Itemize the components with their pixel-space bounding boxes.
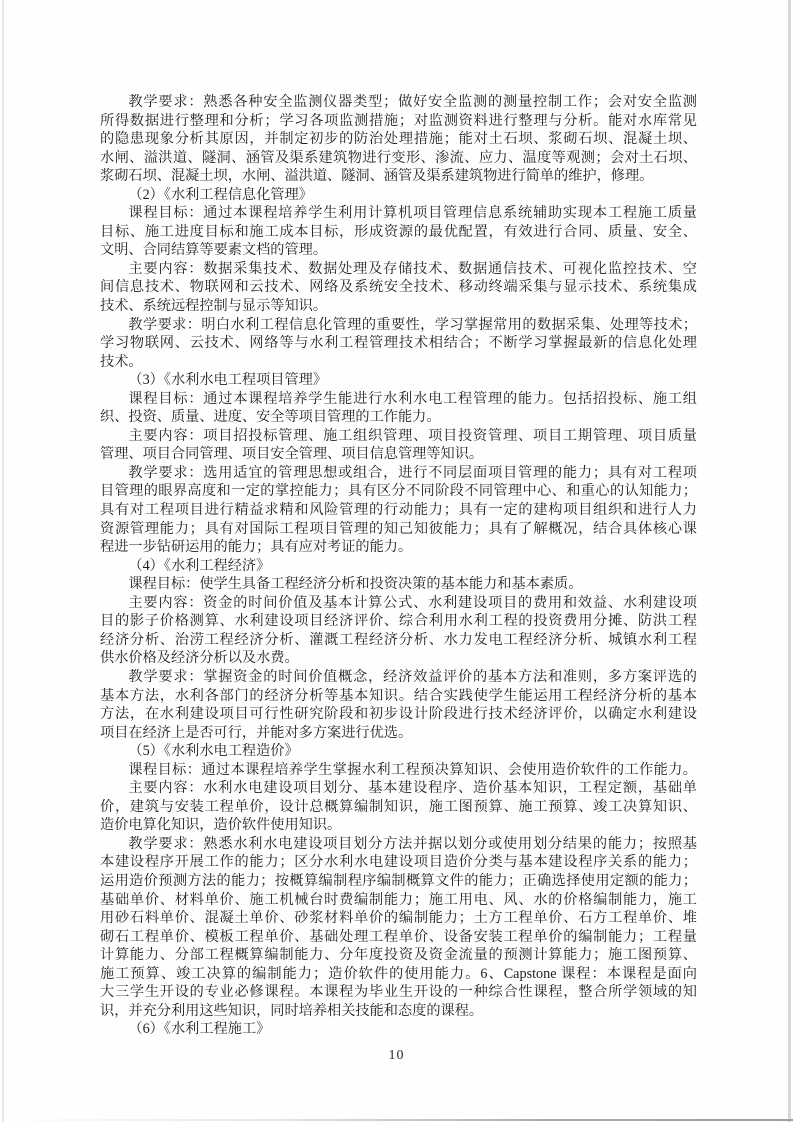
text-line: 的隐患现象分析其原因，并制定初步的防治处理措施；能对土石坝、浆砌石坝、混凝土坝、 (100, 130, 697, 149)
sec4-teaching-requirements: 教学要求：掌握资金的时间价值概念，经济效益评价的基本方法和准则，多方案评选的基本… (100, 668, 697, 742)
text-line: 管理、项目合同管理、项目安全管理、项目信息管理等知识。 (100, 445, 697, 464)
text-line: 主要内容：水利水电建设项目划分、基本建设程序、造价基本知识，工程定额，基础单 (100, 779, 697, 798)
text-line: （2）《水利工程信息化管理》 (100, 186, 697, 205)
text-line: 基础单价、材料单价、施工机械台时费编制能力；施工用电、风、水的价格编制能力，施工 (100, 891, 697, 910)
sec5-teaching-requirements: 教学要求：熟悉水利水电建设项目划分方法并据以划分或使用划分结果的能力；按照基本建… (100, 835, 697, 1020)
sec2-teaching-requirements: 教学要求：明白水利工程信息化管理的重要性，学习掌握常用的数据采集、处理等技术；学… (100, 316, 697, 372)
text-line: 基本方法，水利各部门的经济分析等基本知识。结合实践使学生能运用工程经济分析的基本 (100, 687, 697, 706)
sec6-title: （6）《水利工程施工》 (100, 1020, 697, 1039)
text-line: （6）《水利工程施工》 (100, 1020, 697, 1039)
sec5-course-goal: 课程目标：通过本课程培养学生掌握水利工程预决算知识、会使用造价软件的工作能力。 (100, 761, 697, 780)
sec3-course-goal: 课程目标：通过本课程培养学生能进行水利水电工程管理的能力。包括招投标、施工组织、… (100, 390, 697, 427)
scan-edge-bottom (0, 1119, 793, 1121)
text-line: 价，建筑与安装工程单价，设计总概算编制知识，施工图预算、施工预算、竣工决算知识、 (100, 798, 697, 817)
text-line: 课程目标：通过本课程培养学生掌握水利工程预决算知识、会使用造价软件的工作能力。 (100, 761, 697, 780)
text-line: 计算能力、分部工程概算编制能力、分年度投资及资金流量的预测计算能力；施工图预算、 (100, 946, 697, 965)
text-line: 造价电算化知识，造价软件使用知识。 (100, 816, 697, 835)
sec1-teaching-requirements: 教学要求：熟悉各种安全监测仪器类型；做好安全监测的测量控制工作；会对安全监测所得… (100, 93, 697, 186)
text-line: 课程目标：使学生具备工程经济分析和投资决策的基本能力和基本素质。 (100, 575, 697, 594)
text-line: 程进一步钻研运用的能力；具有应对考证的能力。 (100, 538, 697, 557)
text-line: 教学要求：选用适宜的管理思想或组合，进行不同层面项目管理的能力；具有对工程项 (100, 464, 697, 483)
text-line: （3）《水利水电工程项目管理》 (100, 371, 697, 390)
text-line: 教学要求：明白水利工程信息化管理的重要性，学习掌握常用的数据采集、处理等技术； (100, 316, 697, 335)
text-line: 砌石工程单价、模板工程单价、基础处理工程单价、设备安装工程单价的编制能力；工程量 (100, 928, 697, 947)
text-line: 主要内容：资金的时间价值及基本计算公式、水利建设项目的费用和效益、水利建设项 (100, 594, 697, 613)
text-line: 主要内容：数据采集技术、数据处理及存储技术、数据通信技术、可视化监控技术、空 (100, 260, 697, 279)
sec3-teaching-requirements: 教学要求：选用适宜的管理思想或组合，进行不同层面项目管理的能力；具有对工程项目管… (100, 464, 697, 557)
text-line: 织、投资、质量、进度、安全等项目管理的工作能力。 (100, 408, 697, 427)
sec4-title: （4）《水利工程经济》 (100, 557, 697, 576)
sec2-main-content: 主要内容：数据采集技术、数据处理及存储技术、数据通信技术、可视化监控技术、空间信… (100, 260, 697, 316)
text-line: 方法，在水利建设项目可行性研究阶段和初步设计阶段进行技术经济评价，以确定水利建设 (100, 705, 697, 724)
text-line: 目的影子价格测算、水利建设项目经济评价、综合利用水利工程的投资费用分摊、防洪工程 (100, 612, 697, 631)
text-line: 间信息技术、物联网和云技术、网络及系统安全技术、移动终端采集与显示技术、系统集成 (100, 278, 697, 297)
text-line: 本建设程序开展工作的能力；区分水利水电建设项目造价分类与基本建设程序关系的能力； (100, 853, 697, 872)
text-line: 浆砌石坝、混凝土坝，水闸、溢洪道、隧洞、涵管及渠系建筑物进行简单的维护，修理。 (100, 167, 697, 186)
text-line: 水闸、溢洪道、隧洞、涵管及渠系建筑物进行变形、渗流、应力、温度等观测；会对土石坝… (100, 149, 697, 168)
text-line: 施工预算、竣工决算的编制能力；造价软件的使用能力。6、Capstone 课程：本… (100, 965, 697, 984)
text-line: 目标、施工进度目标和施工成本目标，形成资源的最优配置，有效进行合同、质量、安全、 (100, 223, 697, 242)
text-line: 技术。 (100, 353, 697, 372)
scan-edge-left (2, 0, 4, 1122)
text-line: （4）《水利工程经济》 (100, 557, 697, 576)
text-line: 教学要求：掌握资金的时间价值概念，经济效益评价的基本方法和准则，多方案评选的 (100, 668, 697, 687)
text-line: 供水价格及经济分析以及水费。 (100, 649, 697, 668)
text-line: 用砂石料单价、混凝土单价、砂浆材料单价的编制能力；土方工程单价、石方工程单价、堆 (100, 909, 697, 928)
text-line: 课程目标：通过本课程培养学生能进行水利水电工程管理的能力。包括招投标、施工组 (100, 390, 697, 409)
text-line: 文明、合同结算等要素文档的管理。 (100, 241, 697, 260)
sec3-main-content: 主要内容：项目招投标管理、施工组织管理、项目投资管理、项目工期管理、项目质量管理… (100, 427, 697, 464)
text-line: 资源管理能力；具有对国际工程项目管理的知己知彼能力；具有了解概况，结合具体核心课 (100, 520, 697, 539)
page-number: 10 (0, 1048, 793, 1064)
sec2-course-goal: 课程目标：通过本课程培养学生利用计算机项目管理信息系统辅助实现本工程施工质量目标… (100, 204, 697, 260)
text-line: 项目在经济上是否可行，并能对多方案进行优选。 (100, 724, 697, 743)
sec3-title: （3）《水利水电工程项目管理》 (100, 371, 697, 390)
text-line: （5）《水利水电工程造价》 (100, 742, 697, 761)
scanned-document-page: 教学要求：熟悉各种安全监测仪器类型；做好安全监测的测量控制工作；会对安全监测所得… (0, 0, 793, 1122)
sec5-title: （5）《水利水电工程造价》 (100, 742, 697, 761)
sec5-main-content: 主要内容：水利水电建设项目划分、基本建设程序、造价基本知识，工程定额，基础单价，… (100, 779, 697, 835)
text-line: 目管理的眼界高度和一定的掌控能力；具有区分不同阶段不同管理中心、和重心的认知能力… (100, 482, 697, 501)
text-line: 所得数据进行整理和分析；学习各项监测措施；对监测资料进行整理与分析。能对水库常见 (100, 112, 697, 131)
sec2-title: （2）《水利工程信息化管理》 (100, 186, 697, 205)
text-line: 运用造价预测方法的能力；按概算编制程序编制概算文件的能力；正确选择使用定额的能力… (100, 872, 697, 891)
text-line: 课程目标：通过本课程培养学生利用计算机项目管理信息系统辅助实现本工程施工质量 (100, 204, 697, 223)
sec4-course-goal: 课程目标：使学生具备工程经济分析和投资决策的基本能力和基本素质。 (100, 575, 697, 594)
text-line: 大三学生开设的专业必修课程。本课程为毕业生开设的一种综合性课程，整合所学领域的知 (100, 983, 697, 1002)
text-line: 教学要求：熟悉各种安全监测仪器类型；做好安全监测的测量控制工作；会对安全监测 (100, 93, 697, 112)
text-line: 教学要求：熟悉水利水电建设项目划分方法并据以划分或使用划分结果的能力；按照基 (100, 835, 697, 854)
text-line: 具有对工程项目进行精益求精和风险管理的行动能力；具有一定的建构项目组织和进行人力 (100, 501, 697, 520)
text-line: 经济分析、治涝工程经济分析、灌溉工程经济分析、水力发电工程经济分析、城镇水利工程 (100, 631, 697, 650)
sec4-main-content: 主要内容：资金的时间价值及基本计算公式、水利建设项目的费用和效益、水利建设项目的… (100, 594, 697, 668)
document-text: 教学要求：熟悉各种安全监测仪器类型；做好安全监测的测量控制工作；会对安全监测所得… (100, 93, 697, 1039)
text-line: 主要内容：项目招投标管理、施工组织管理、项目投资管理、项目工期管理、项目质量 (100, 427, 697, 446)
text-line: 学习物联网、云技术、网络等与水利工程管理技术相结合；不断学习掌握最新的信息化处理 (100, 334, 697, 353)
text-line: 识，并充分利用这些知识，同时培养相关技能和态度的课程。 (100, 1002, 697, 1021)
text-line: 技术、系统远程控制与显示等知识。 (100, 297, 697, 316)
scan-edge-right (788, 0, 791, 1122)
